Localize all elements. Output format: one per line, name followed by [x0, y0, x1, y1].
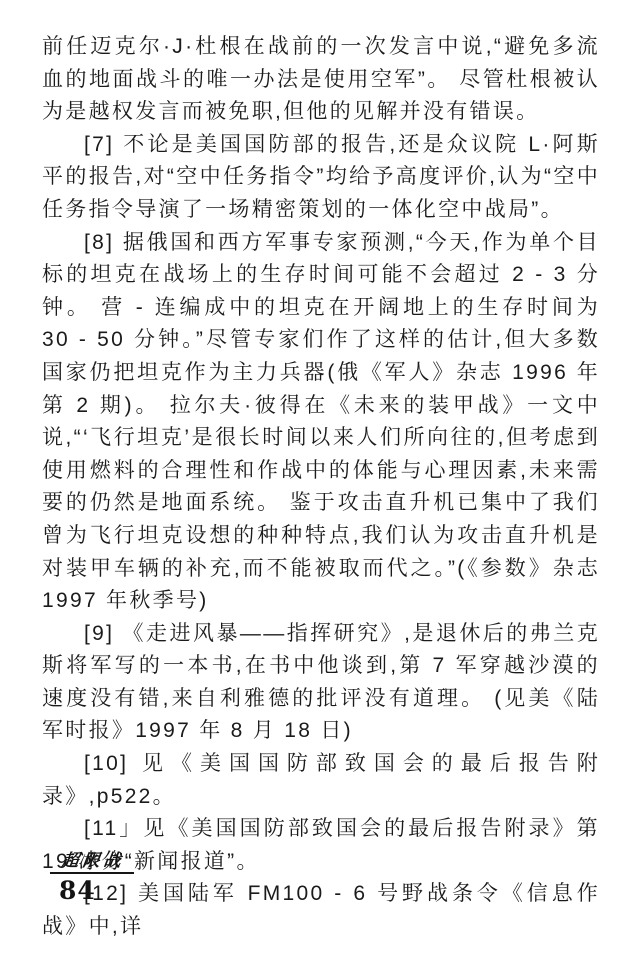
footnote-8: [8] 据俄国和西方军事专家预测,“今天,作为单个目标的坦克在战场上的生存时间可…: [42, 227, 600, 618]
paragraph-continuation: 前任迈克尔·J·杜根在战前的一次发言中说,“避免多流血的地面战斗的唯一办法是使用…: [42, 31, 600, 129]
footer-rule: [50, 872, 134, 874]
footnote-10: [10] 见《美国国防部致国会的最后报告附录》,p522。: [42, 748, 600, 813]
book-page: 前任迈克尔·J·杜根在战前的一次发言中说,“避免多流血的地面战斗的唯一办法是使用…: [0, 0, 640, 953]
page-text: 前任迈克尔·J·杜根在战前的一次发言中说,“避免多流血的地面战斗的唯一办法是使用…: [42, 31, 600, 944]
page-number: 84: [59, 876, 290, 905]
footnote-9: [9] 《走进风暴——指挥研究》,是退休后的弗兰克斯将军写的一本书,在书中他谈到…: [42, 618, 600, 748]
book-title: 超限战: [60, 846, 127, 871]
footnote-7: [7] 不论是美国国防部的报告,还是众议院 L·阿斯平的报告,对“空中任务指令”…: [42, 129, 600, 227]
page-footer: 超限战 84: [50, 846, 290, 905]
